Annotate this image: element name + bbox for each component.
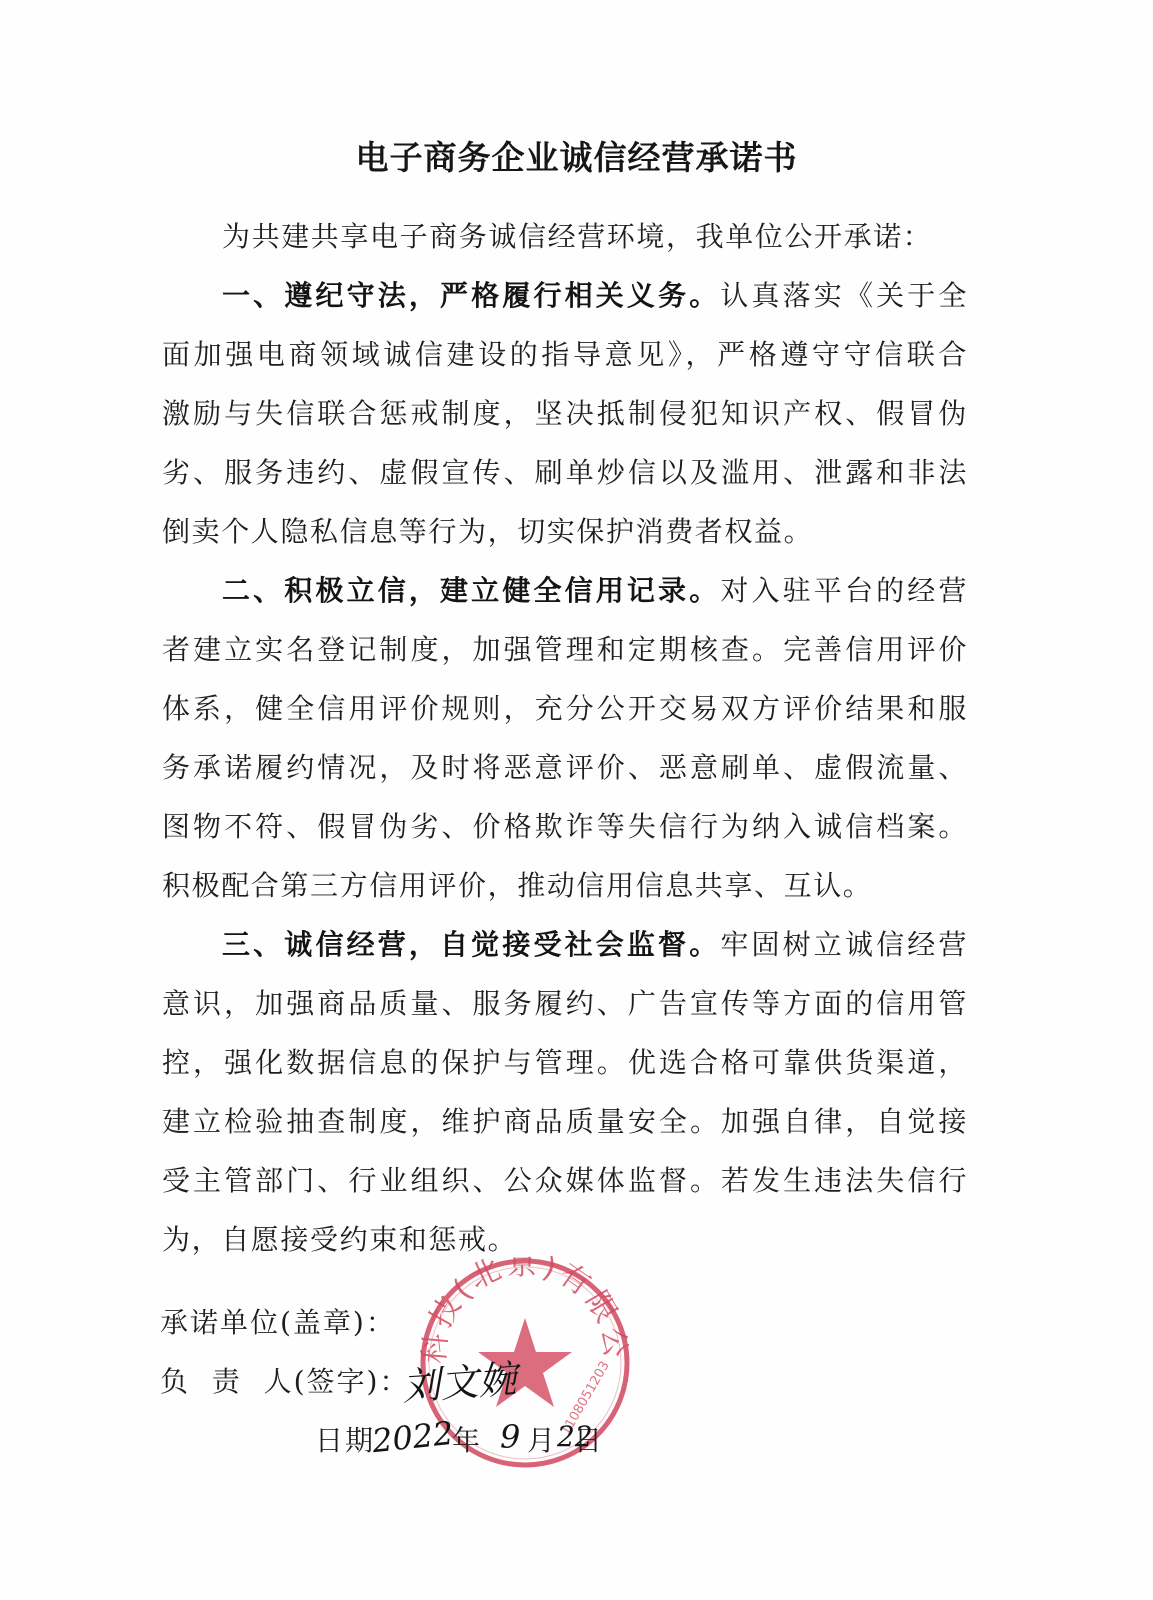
svg-text:科技(北京)有限公司: 科技(北京)有限公司	[418, 1256, 632, 1365]
section-2-line: 图物不符、假冒伪劣、价格欺诈等失信行为纳入诚信档案。	[162, 807, 968, 847]
section-1-first-line: 一、遵纪守法，严格履行相关义务。认真落实《关于全	[222, 276, 968, 316]
section-3-line: 建立检验抽查制度，维护商品质量安全。加强自律，自觉接	[162, 1102, 968, 1142]
section-1-first-line-text: 认真落实《关于全	[720, 279, 968, 312]
document-title: 电子商务企业诚信经营承诺书	[0, 132, 1153, 179]
section-3-first-line: 三、诚信经营，自觉接受社会监督。牢固树立诚信经营	[222, 925, 968, 965]
section-2-heading: 二、积极立信，建立健全信用记录。	[222, 574, 720, 607]
responsible-person-label: 负 责 人(签字)：	[160, 1362, 409, 1402]
section-2-line: 积极配合第三方信用评价，推动信用信息共享、互认。	[162, 866, 968, 906]
section-1-line: 倒卖个人隐私信息等行为，切实保护消费者权益。	[162, 512, 968, 552]
handwritten-signature: 刘文婉	[400, 1348, 518, 1411]
document-page: 电子商务企业诚信经营承诺书 为共建共享电子商务诚信经营环境，我单位公开承诺： 一…	[0, 0, 1153, 1600]
section-2-line: 体系，健全信用评价规则，充分公开交易双方评价结果和服	[162, 689, 968, 729]
section-2-first-line-text: 对入驻平台的经营	[720, 574, 968, 607]
section-2-line: 务承诺履约情况，及时将恶意评价、恶意刷单、虚假流量、	[162, 748, 968, 788]
date-label: 日期	[315, 1421, 375, 1461]
intro-paragraph: 为共建共享电子商务诚信经营环境，我单位公开承诺：	[222, 217, 968, 257]
section-1-line: 劣、服务违约、虚假宣传、刷单炒信以及滥用、泄露和非法	[162, 453, 968, 493]
section-3-heading: 三、诚信经营，自觉接受社会监督。	[222, 928, 720, 961]
section-1-line: 面加强电商领域诚信建设的指导意见》，严格遵守守信联合	[162, 335, 968, 375]
section-3-line: 控，强化数据信息的保护与管理。优选合格可靠供货渠道，	[162, 1043, 968, 1083]
section-3-first-line-text: 牢固树立诚信经营	[720, 928, 968, 961]
date-month-handwritten: 9	[500, 1418, 520, 1456]
committing-unit-label: 承诺单位(盖章)：	[160, 1303, 396, 1343]
section-2-line: 者建立实名登记制度，加强管理和定期核查。完善信用评价	[162, 630, 968, 670]
date-year-handwritten: 2022	[370, 1414, 455, 1460]
section-1-line: 激励与失信联合惩戒制度，坚决抵制侵犯知识产权、假冒伪	[162, 394, 968, 434]
section-1-heading: 一、遵纪守法，严格履行相关义务。	[222, 279, 720, 312]
date-day-char: 日	[574, 1421, 604, 1461]
section-3-line: 为，自愿接受约束和惩戒。	[162, 1220, 968, 1260]
section-3-line: 受主管部门、行业组织、公众媒体监督。若发生违法失信行	[162, 1161, 968, 1201]
date-month-char: 月	[527, 1421, 557, 1461]
section-3-line: 意识，加强商品质量、服务履约、广告宣传等方面的信用管	[162, 984, 968, 1024]
date-year-char: 年	[452, 1421, 482, 1461]
section-2-first-line: 二、积极立信，建立健全信用记录。对入驻平台的经营	[222, 571, 968, 611]
